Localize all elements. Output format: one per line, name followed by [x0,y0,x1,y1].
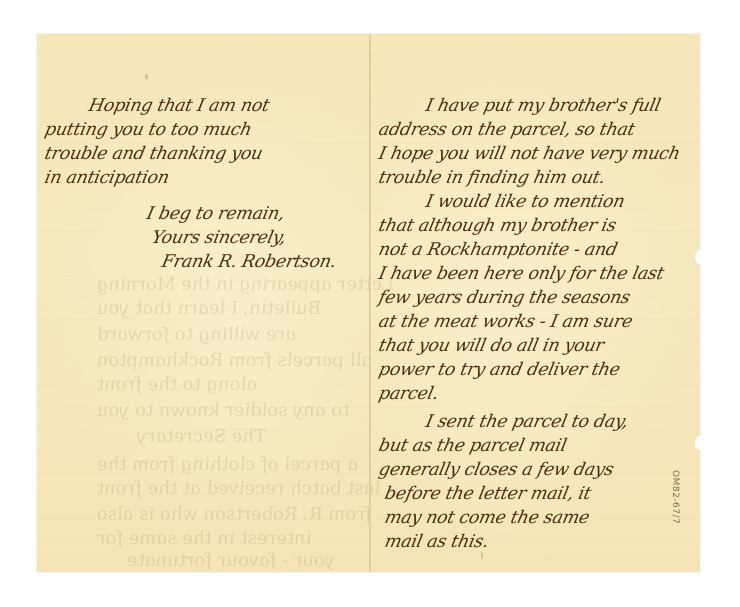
catalog-number: OM82-67/7 [670,470,680,524]
bleed-through-text: all parcels from Rockhampton [95,350,375,371]
bleed-through-text: to any soldier known to you [95,400,352,421]
ink-spot [145,74,148,80]
bleed-through-text: The Secretary [135,426,269,447]
letter-line: I hope you will not have very much [377,144,682,164]
letter-line: but as the parcel mail [377,436,568,456]
letter-line: trouble in finding him out. [377,168,607,188]
bleed-through-text: along to the front [95,374,260,395]
ink-spot [481,552,483,559]
bleed-through-text: a parcel of clothing from the [95,454,361,475]
letter-line: I have been here only for the last [377,264,666,284]
bleed-through-text: are willing to forward [95,324,299,345]
letter-line: not a Rockhamptonite - and [377,240,619,260]
letter-line: that although my brother is [377,216,618,236]
letter-line: I sent the parcel to day, [424,412,630,432]
left-page: Letter appearing in the Morning Bulletin… [37,34,369,572]
letter-line: Hoping that I am not [87,96,271,116]
letter-line: in anticipation [43,168,171,188]
bleed-through-text: your - favour fortunate [125,550,338,571]
letter-line: few years during the seasons [377,288,632,308]
bleed-through-text: last batch received at the front [95,478,383,499]
letter-line: before the letter mail, it [383,484,593,504]
letter-line: putting you to too much [43,120,254,140]
letter-line: at the meat works - I am sure [377,312,634,332]
torn-edge-notch [695,250,705,264]
letter-line: mail as this. [383,532,491,552]
letter-line: generally closes a few days [377,460,615,480]
closing-line: I beg to remain, [145,204,287,224]
letter-line: that you will do all in your [377,336,606,356]
letter-line: I have put my brother's full [424,96,662,116]
letter-line: address on the parcel, so that [377,120,637,140]
letter-line: parcel. [377,384,440,404]
letter-line: may not come the same [383,508,591,528]
right-page: I have put my brother's full address on … [371,34,700,572]
bleed-through-text: Letter appearing in the Morning [95,274,396,295]
closing-line: Yours sincerely, [150,228,288,248]
bleed-through-text: Bulletin, I learn that you [95,298,323,319]
letter-line: I would like to mention [424,192,626,212]
letter-line: trouble and thanking you [43,144,264,164]
signature: Frank R. Robertson. [160,252,338,272]
torn-edge-notch [695,436,705,450]
bleed-through-text: interest in the same for [95,528,314,549]
letter-line: power to try and deliver the [377,360,622,380]
bleed-through-text: from R. Robertson who is also [95,504,374,525]
letter-sheet: Letter appearing in the Morning Bulletin… [37,34,700,572]
